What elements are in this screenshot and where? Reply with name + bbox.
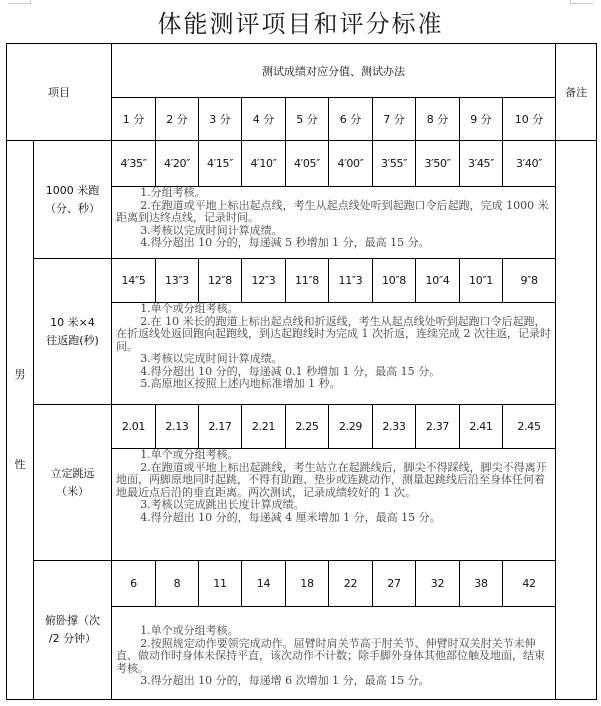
gender-cell: 男 性 (7, 141, 34, 700)
item-pushup-score-row: 俯卧撑（次 /2 分钟） 6 8 11 14 18 22 27 32 38 42 (7, 561, 597, 607)
score-value: 10″8 (373, 259, 416, 303)
score-value: 10″1 (460, 259, 503, 303)
method-step: 1.单个或分组考核。 (116, 449, 551, 462)
item-shuttle-score-row: 10 米×4 往返跑(秒) 14″5 13″3 12″8 12″3 11″8 1… (7, 259, 597, 303)
header-score-5: 5 分 (286, 98, 329, 141)
header-scores-method: 测试成绩对应分值、测试办法 (112, 44, 556, 98)
score-value: 18 (286, 561, 329, 607)
document-title: 体能测评项目和评分标准 (0, 4, 601, 39)
score-value: 12″3 (242, 259, 286, 303)
item-1000m-score-row: 男 性 1000 米跑 （分、秒） 4′35″ 4′20″ 4′15″ 4′10… (7, 141, 597, 187)
method-step: 3.考核以完成跳出长度计算成绩。 (116, 499, 551, 512)
item-name-line1: 俯卧撑（次 (45, 614, 100, 627)
item-name-line2: /2 分钟） (49, 632, 96, 645)
score-value: 3′45″ (460, 141, 503, 187)
method-step: 2.在 10 米长的跑道上标出起点线和折返线，考生从起点线处听到起跑口令后起跑，… (116, 316, 551, 354)
score-value: 13″3 (156, 259, 199, 303)
method-step: 2.在跑道或平地上标出起点线，考生从起点线处听到起跑口令后起跑，完成 1000 … (116, 200, 551, 225)
gender-char-male: 男 (15, 368, 26, 381)
method-step: 1.单个或分组考核。 (116, 303, 551, 316)
header-score-1: 1 分 (112, 98, 156, 141)
score-value: 27 (373, 561, 416, 607)
item-long-jump-score-row: 立定跳远 （米） 2.01 2.13 2.17 2.21 2.25 2.29 2… (7, 405, 597, 449)
score-value: 42 (503, 561, 556, 607)
score-value: 22 (329, 561, 373, 607)
score-value: 2.25 (286, 405, 329, 449)
score-value: 12″8 (199, 259, 242, 303)
score-value: 3′40″ (503, 141, 556, 187)
score-value: 2.41 (460, 405, 503, 449)
score-value: 2.45 (503, 405, 556, 449)
item-name-line1: 立定跳远 (51, 467, 95, 480)
score-value: 11″8 (286, 259, 329, 303)
method-step: 1.单个或分组考核。 (116, 625, 551, 638)
score-value: 11″3 (329, 259, 373, 303)
header-score-2: 2 分 (156, 98, 199, 141)
method-step: 4.得分超出 10 分的，每递减 4 厘米增加 1 分，最高 15 分。 (116, 512, 551, 525)
header-item: 项目 (7, 44, 112, 141)
method-step: 3.得分超出 10 分的，每递增 6 次增加 1 分，最高 15 分。 (116, 675, 551, 688)
item-name-pushup: 俯卧撑（次 /2 分钟） (34, 561, 112, 700)
header-remarks: 备注 (556, 44, 597, 141)
item-name-long-jump: 立定跳远 （米） (34, 405, 112, 561)
header-score-3: 3 分 (199, 98, 242, 141)
scoring-standard-table: 项目 测试成绩对应分值、测试办法 备注 1 分 2 分 3 分 4 分 5 分 … (6, 43, 597, 700)
score-value: 32 (416, 561, 460, 607)
gender-char-sex: 性 (15, 458, 26, 471)
score-value: 3′55″ (373, 141, 416, 187)
item-name-1000m: 1000 米跑 （分、秒） (34, 141, 112, 259)
item-name-shuttle-run: 10 米×4 往返跑(秒) (34, 259, 112, 405)
method-step: 5.高原地区按照上述内地标准增加 1 秒。 (116, 378, 551, 391)
header-score-9: 9 分 (460, 98, 503, 141)
method-step: 2.按照规定动作要领完成动作。屈臂时肩关节高于肘关节、伸臂时双关肘关节未伸直、做… (116, 638, 551, 676)
score-value: 11 (199, 561, 242, 607)
remarks-cell (556, 141, 597, 700)
item-name-line2: 往返跑(秒) (46, 334, 99, 347)
score-value: 2.13 (156, 405, 199, 449)
score-value: 10″4 (416, 259, 460, 303)
score-value: 2.21 (242, 405, 286, 449)
item-name-line2: （分、秒） (45, 202, 100, 215)
score-value: 14″5 (112, 259, 156, 303)
test-method-1000m: 1.分组考核。 2.在跑道或平地上标出起点线，考生从起点线处听到起跑口令后起跑，… (112, 187, 556, 259)
score-value: 2.01 (112, 405, 156, 449)
score-value: 38 (460, 561, 503, 607)
score-value: 2.33 (373, 405, 416, 449)
score-value: 4′35″ (112, 141, 156, 187)
score-value: 2.29 (329, 405, 373, 449)
score-value: 4′00″ (329, 141, 373, 187)
item-name-line2: （米） (56, 485, 89, 498)
score-value: 9″8 (503, 259, 556, 303)
test-method-shuttle-run: 1.单个或分组考核。 2.在 10 米长的跑道上标出起点线和折返线，考生从起点线… (112, 303, 556, 405)
score-value: 3′50″ (416, 141, 460, 187)
method-step: 2.在跑道或平地上标出起跳线，考生站立在起跳线后，脚尖不得踩线，脚尖不得离开地面… (116, 462, 551, 500)
header-score-7: 7 分 (373, 98, 416, 141)
score-value: 8 (156, 561, 199, 607)
header-score-6: 6 分 (329, 98, 373, 141)
score-value: 14 (242, 561, 286, 607)
header-score-10: 10 分 (503, 98, 556, 141)
method-step: 3.考核以完成时间计算成绩。 (116, 353, 551, 366)
item-name-line1: 10 米×4 (50, 316, 95, 329)
score-value: 4′20″ (156, 141, 199, 187)
header-row-top: 项目 测试成绩对应分值、测试办法 备注 (7, 44, 597, 98)
item-name-line1: 1000 米跑 (46, 184, 100, 197)
test-method-pushup: 1.单个或分组考核。 2.按照规定动作要领完成动作。屈臂时肩关节高于肘关节、伸臂… (112, 607, 556, 700)
score-value: 4′10″ (242, 141, 286, 187)
header-score-4: 4 分 (242, 98, 286, 141)
test-method-long-jump: 1.单个或分组考核。 2.在跑道或平地上标出起跳线，考生站立在起跳线后，脚尖不得… (112, 449, 556, 561)
header-score-8: 8 分 (416, 98, 460, 141)
method-step: 4.得分超出 10 分的，每递减 5 秒增加 1 分，最高 15 分。 (116, 237, 551, 250)
score-value: 2.17 (199, 405, 242, 449)
score-value: 6 (112, 561, 156, 607)
score-value: 2.37 (416, 405, 460, 449)
method-step: 1.分组考核。 (116, 187, 551, 200)
score-value: 4′05″ (286, 141, 329, 187)
score-value: 4′15″ (199, 141, 242, 187)
